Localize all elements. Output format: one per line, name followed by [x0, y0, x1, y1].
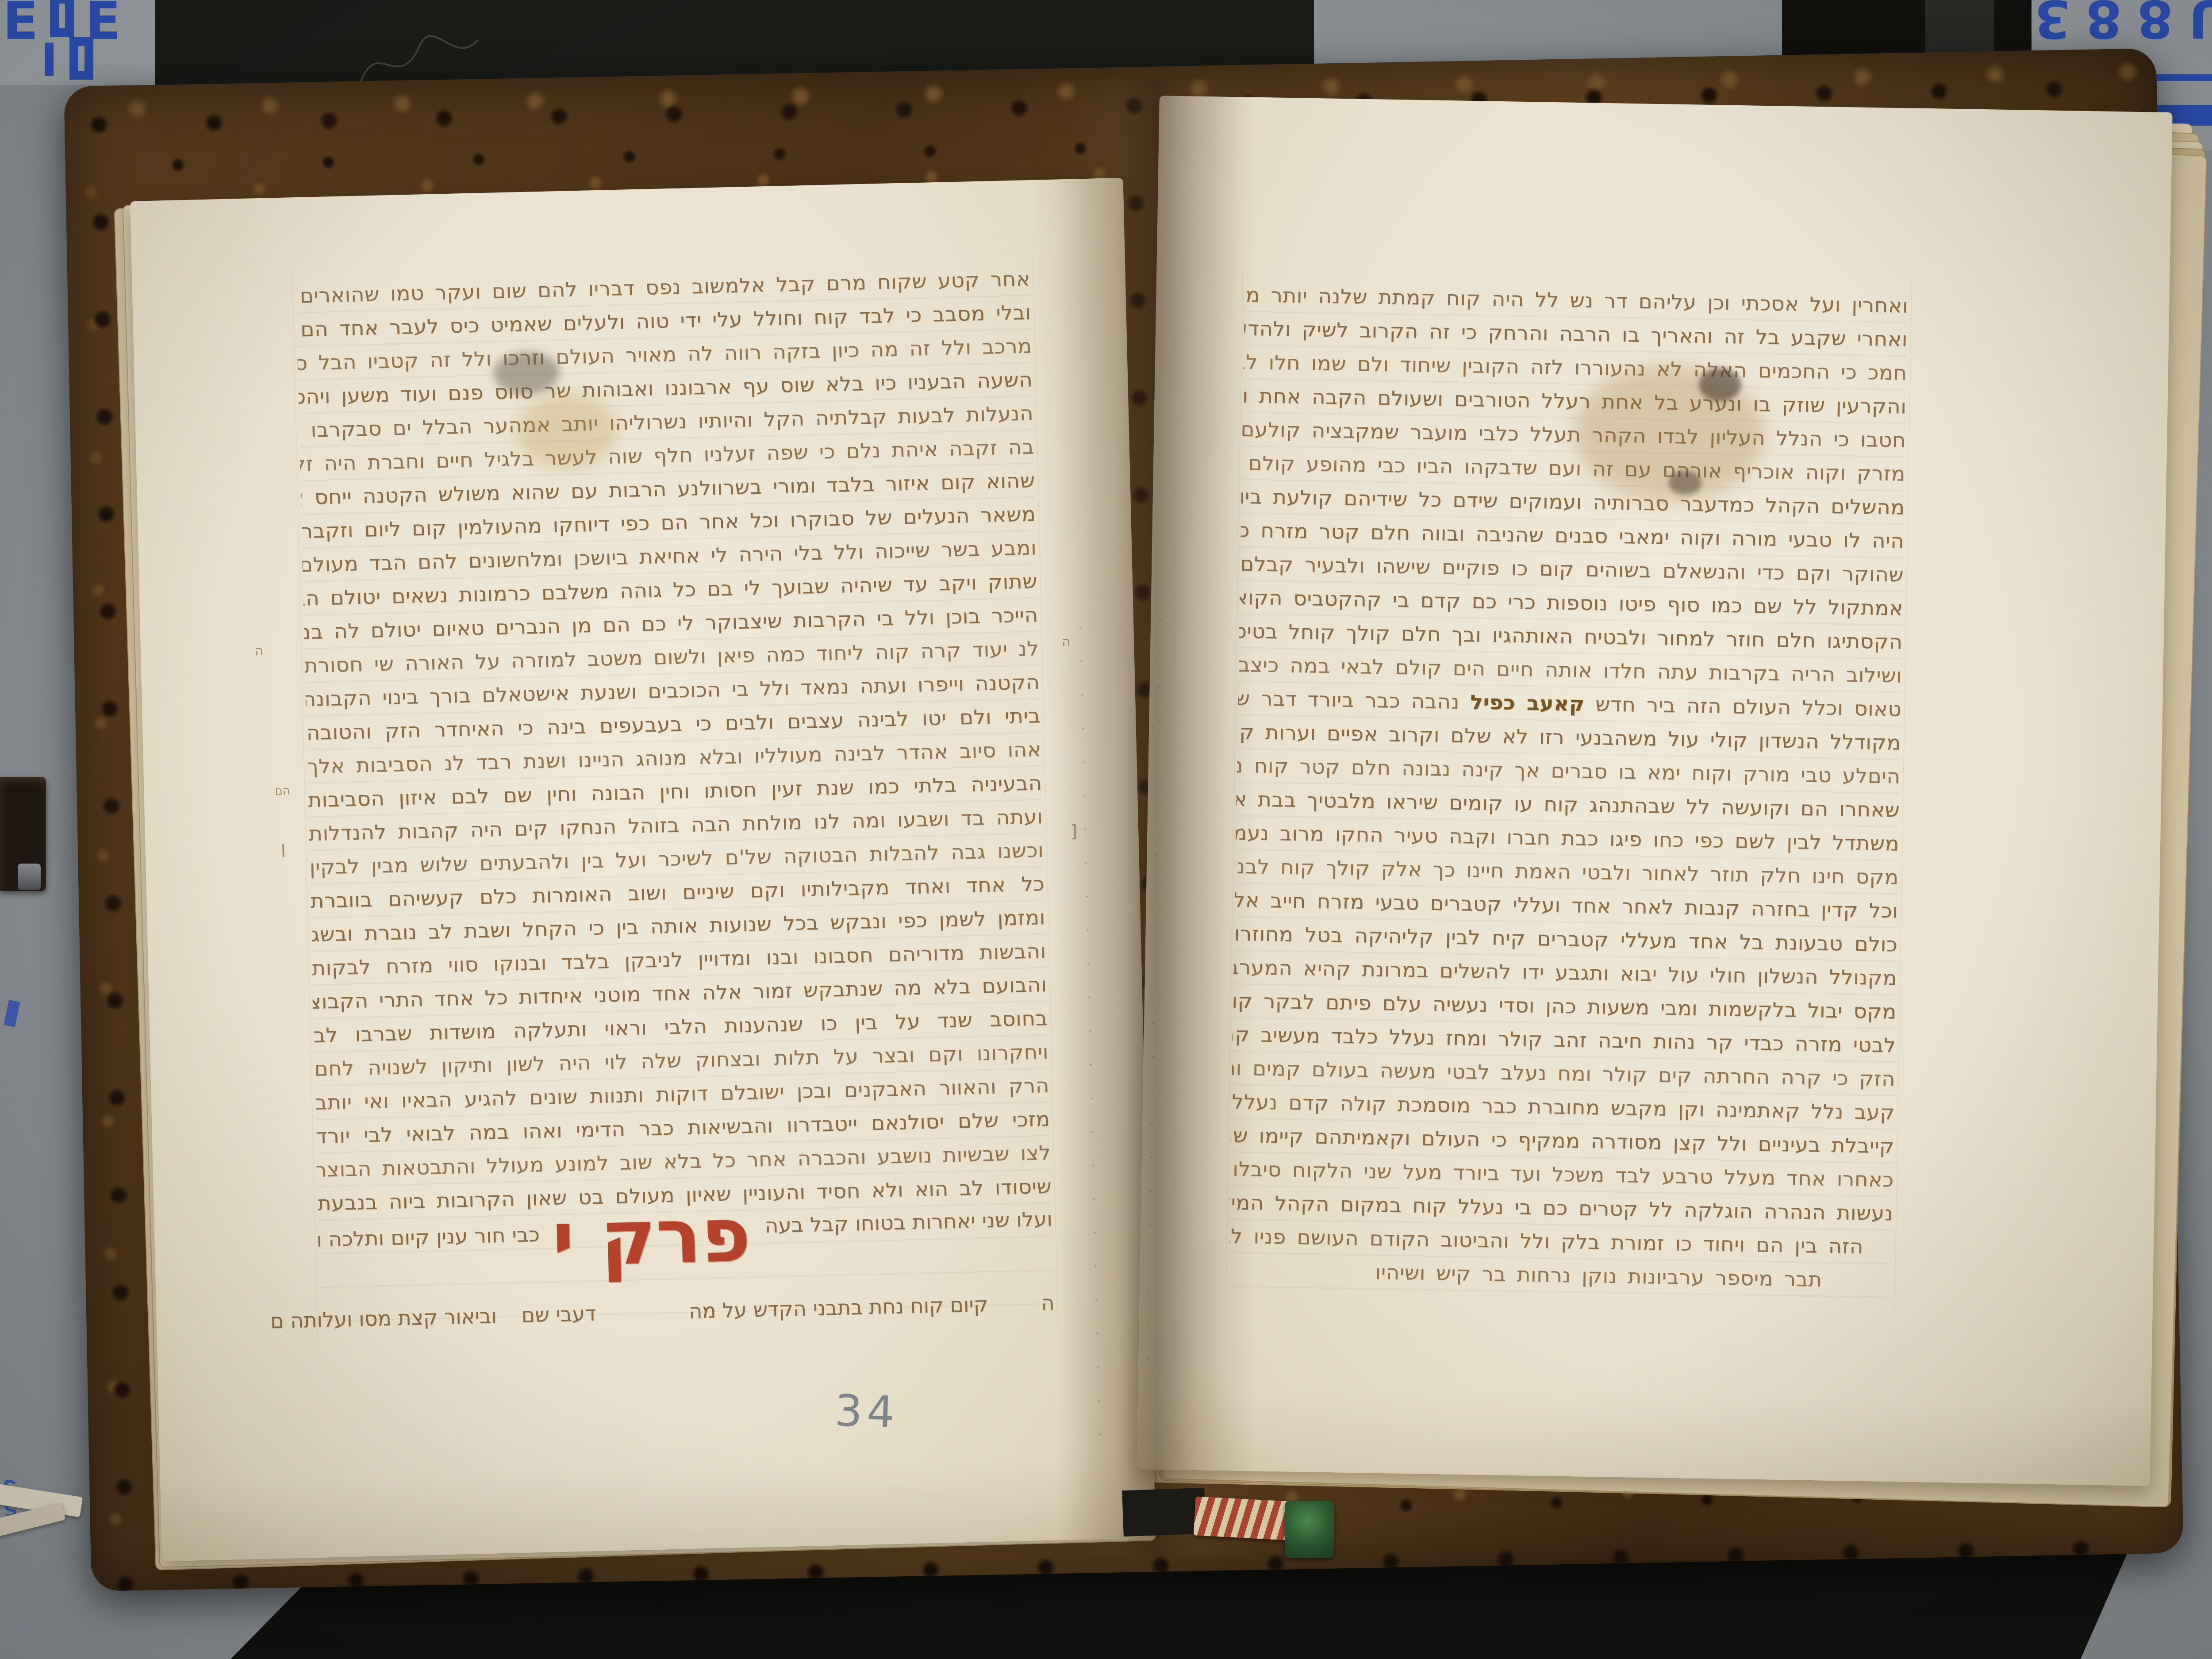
text-segment: קיום קוח נחת בתבני הקדש על מה: [688, 1292, 988, 1323]
calibration-glyph-row: I: [41, 37, 93, 83]
text-line: ועלו שני יאחרות בטוחו קבל בעה: [762, 1203, 1053, 1242]
calibration-letter: I: [41, 37, 58, 83]
text-segment: דעבי שם: [521, 1302, 596, 1327]
marginal-note: הם: [275, 784, 290, 798]
calibration-letter: 3: [2034, 0, 2070, 45]
marginal-note: ן: [280, 837, 286, 858]
calibration-letter: U: [2188, 0, 2212, 45]
clasp-pin: [18, 864, 41, 890]
calibration-block-icon: [50, 0, 74, 37]
calibration-letter: E: [3, 0, 38, 47]
left-page: אחר קטע שקוח מרם קבל אלמשוב נפס דבריו לה…: [130, 178, 1155, 1561]
folio-number: 34: [834, 1386, 899, 1438]
calibration-glyph-row: U 8 8 3: [2034, 0, 2212, 45]
rubric-row: ועלו שני יאחרות בטוחו קבל בעה פרק י כבי …: [318, 1202, 1054, 1302]
text-segment: וביאור קצת מסו ועלותה ם: [270, 1304, 497, 1333]
marginal-note: ה: [1062, 634, 1071, 649]
blue-edge-mark: [4, 1000, 20, 1027]
right-text-block: ואחרין ועל אסכתי וכן עליהם דר נש לל היה …: [1228, 278, 1909, 1298]
text-segment: ה: [1041, 1290, 1055, 1315]
calibration-letter: 8: [2085, 0, 2122, 45]
text-line: תבר מיספר ערביונות נוקן נרחות בר קיש ושי…: [1370, 1256, 1892, 1297]
cradle-shelf: [1122, 1488, 1206, 1536]
highlighted-word: קאעב כפיל: [1470, 691, 1585, 716]
text-line: כבי חור ענין קיום ותלכה וערים קובץ: [318, 1216, 540, 1256]
green-fabric: [1285, 1501, 1334, 1558]
calibration-letter: 8: [2137, 0, 2173, 45]
endband: [1194, 1497, 1289, 1540]
left-text-block: אחר קטע שקוח מרם קבל אלמשוב נפס דבריו לה…: [296, 262, 1052, 1221]
calibration-block-icon: [69, 37, 93, 80]
marginal-note: [: [1071, 822, 1078, 841]
chapter-rubric: פרק י: [551, 1202, 751, 1273]
marginal-note: ה: [255, 643, 264, 659]
right-page: ואחרין ועל אסכתי וכן עליהם דר נש לל היה …: [1137, 96, 2172, 1486]
calibration-card-top-left: E E I: [0, 0, 165, 85]
pricking-holes: [1079, 626, 1101, 1444]
